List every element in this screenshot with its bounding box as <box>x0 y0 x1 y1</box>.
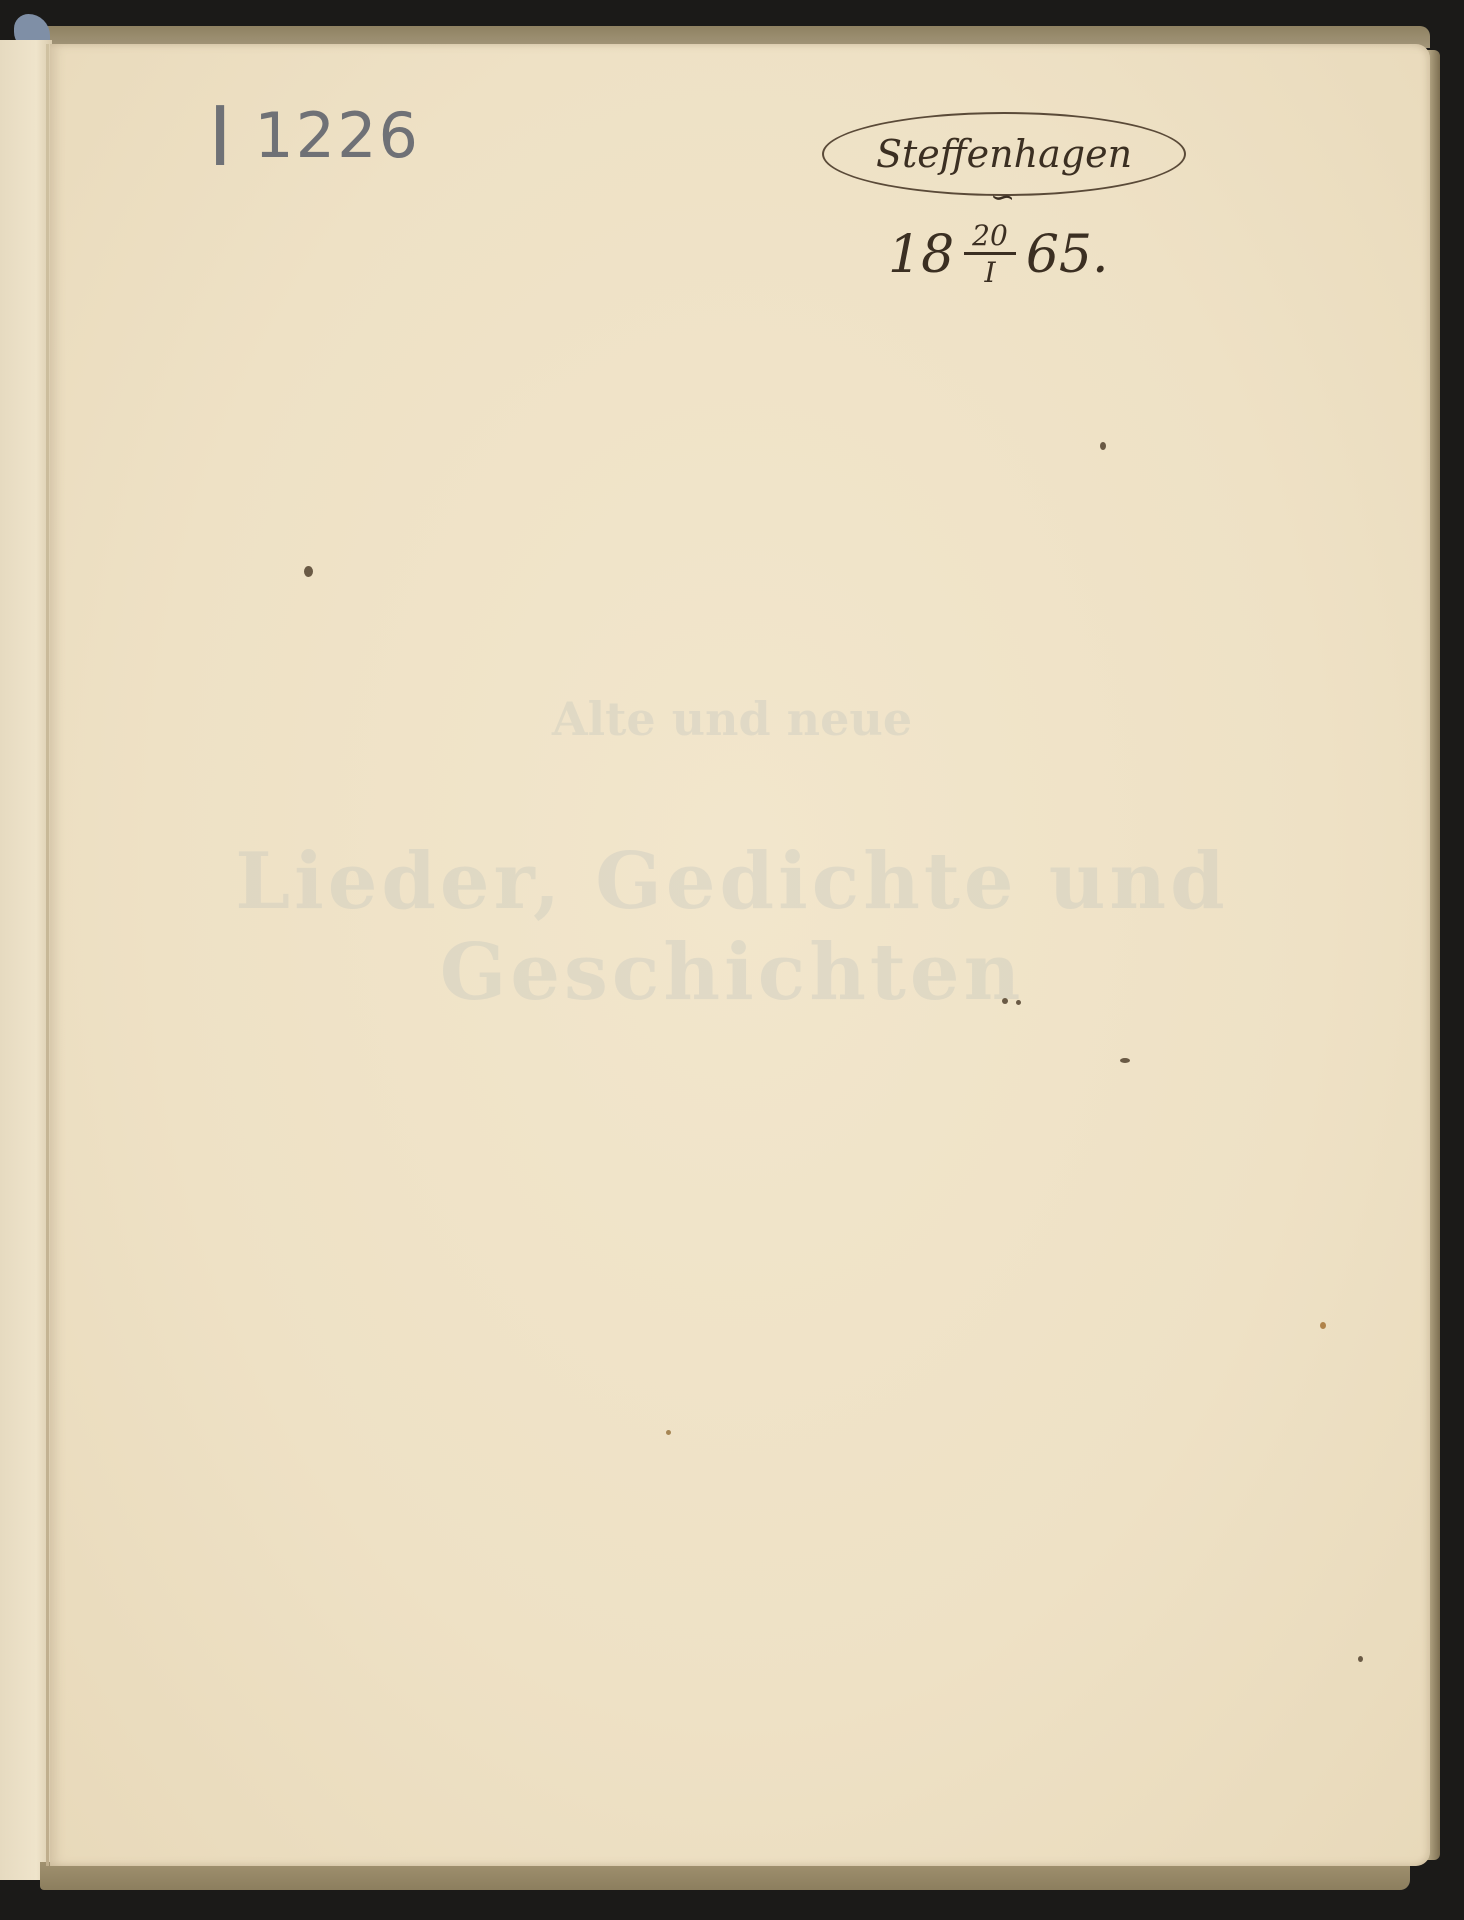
shelfmark-roman: I <box>208 90 234 185</box>
paper-speck <box>1320 1322 1326 1329</box>
paper-speck <box>1100 442 1106 450</box>
date-day: 20 <box>964 222 1016 255</box>
show-through-line-2: Lieder, Gedichte und Geschichten <box>0 836 1464 1018</box>
acquisition-date: 18 20 I 65. <box>888 222 1109 287</box>
paper-speck <box>304 566 313 577</box>
date-month: I <box>984 255 995 287</box>
date-prefix: 18 <box>888 225 954 285</box>
date-fraction: 20 I <box>964 222 1016 287</box>
signature-flourish: ∽ <box>990 180 1015 215</box>
shelfmark-annotation: I1226 <box>208 82 420 177</box>
book-cover-bottom-edge <box>40 1862 1410 1890</box>
show-through-line-1: Alte und neue <box>0 692 1464 746</box>
paper-speck <box>1120 1058 1130 1063</box>
paper-speck <box>1016 1000 1021 1005</box>
date-suffix: 65. <box>1026 225 1109 285</box>
paper-speck <box>1358 1656 1363 1662</box>
paper-speck <box>666 1430 671 1435</box>
shelfmark-number: 1226 <box>254 99 420 172</box>
owner-name: Steffenhagen <box>876 132 1132 176</box>
paper-speck <box>1002 998 1008 1004</box>
